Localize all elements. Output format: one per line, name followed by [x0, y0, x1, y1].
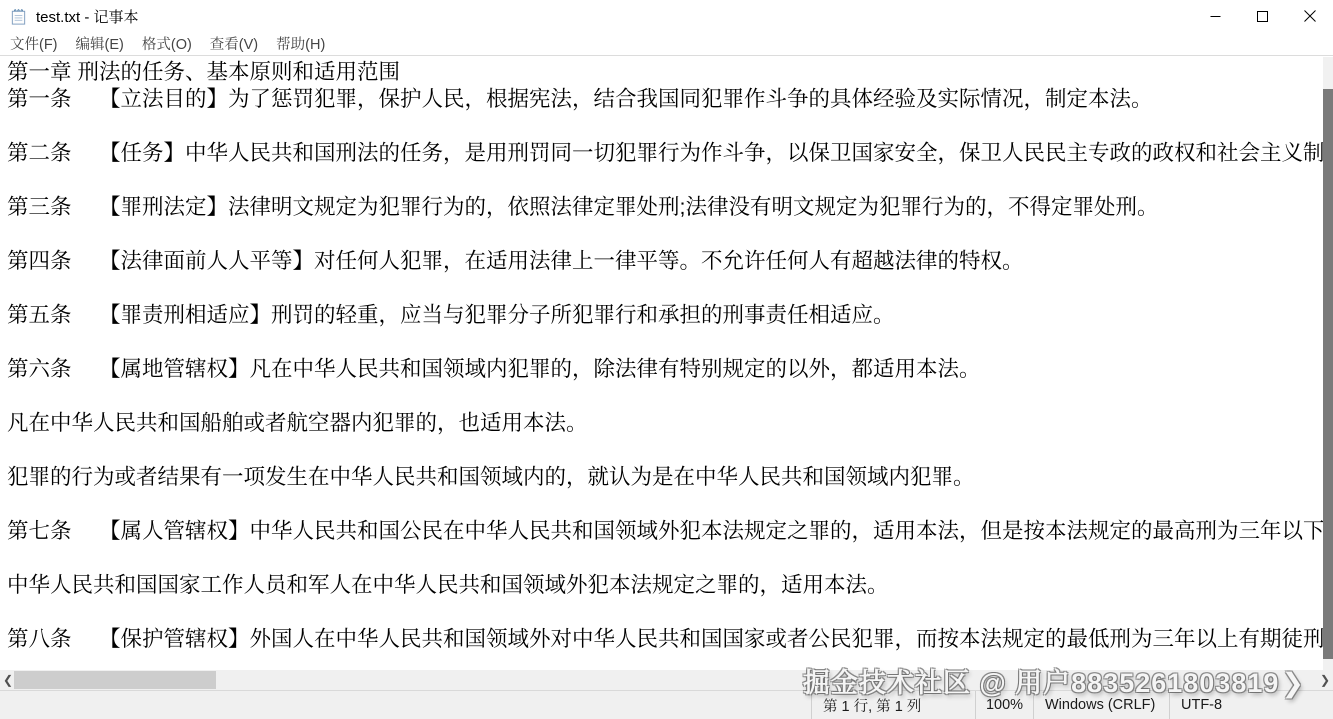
text-line: 第三条 【罪刑法定】法律明文规定为犯罪行为的，依照法律定罪处刑;法律没有明文规定… — [7, 194, 1333, 221]
maximize-icon — [1257, 11, 1268, 22]
text-line: 中华人民共和国国家工作人员和军人在中华人民共和国领域外犯本法规定之罪的，适用本法… — [7, 572, 1333, 599]
line-ending: Windows (CRLF) — [1033, 691, 1169, 719]
status-spacer — [0, 691, 811, 719]
horizontal-scrollbar[interactable]: ❮ ❯ — [0, 670, 1333, 690]
minimize-button[interactable] — [1192, 0, 1239, 32]
text-line: 第五条 【罪责刑相适应】刑罚的轻重，应当与犯罪分子所犯罪行和承担的刑事责任相适应… — [7, 302, 1333, 329]
status-bar: 第 1 行, 第 1 列 100% Windows (CRLF) UTF-8 — [0, 690, 1333, 719]
text-line — [7, 275, 1333, 302]
text-line: 第一章 刑法的任务、基本原则和适用范围 — [7, 59, 1333, 86]
text-line: 凡在中华人民共和国船舶或者航空器内犯罪的，也适用本法。 — [7, 410, 1333, 437]
text-line: 第一条 【立法目的】为了惩罚犯罪，保护人民，根据宪法，结合我国同犯罪作斗争的具体… — [7, 86, 1333, 113]
menu-file[interactable]: 文件(F) — [1, 32, 67, 55]
vertical-scrollbar[interactable] — [1323, 57, 1333, 670]
scroll-right-arrow-icon[interactable]: ❯ — [1317, 670, 1333, 690]
vertical-scrollbar-thumb[interactable] — [1323, 89, 1333, 659]
maximize-button[interactable] — [1239, 0, 1286, 32]
horizontal-scrollbar-thumb[interactable] — [14, 671, 216, 689]
text-line — [7, 221, 1333, 248]
encoding: UTF-8 — [1169, 691, 1333, 719]
window-controls — [1192, 0, 1333, 32]
menu-view[interactable]: 查看(V) — [201, 32, 267, 55]
window-title: test.txt - 记事本 — [36, 6, 139, 27]
menu-format[interactable]: 格式(O) — [133, 32, 201, 55]
text-content: 第一章 刑法的任务、基本原则和适用范围第一条 【立法目的】为了惩罚犯罪，保护人民… — [0, 57, 1333, 653]
text-line: 第六条 【属地管辖权】凡在中华人民共和国领域内犯罪的，除法律有特别规定的以外，都… — [7, 356, 1333, 383]
text-line — [7, 167, 1333, 194]
text-line — [7, 113, 1333, 140]
cursor-position: 第 1 行, 第 1 列 — [811, 691, 975, 719]
text-line — [7, 383, 1333, 410]
text-line — [7, 491, 1333, 518]
text-line: 犯罪的行为或者结果有一项发生在中华人民共和国领域内的，就认为是在中华人民共和国领… — [7, 464, 1333, 491]
text-line: 第七条 【属人管辖权】中华人民共和国公民在中华人民共和国领域外犯本法规定之罪的，… — [7, 518, 1333, 545]
text-line — [7, 545, 1333, 572]
minimize-icon — [1210, 11, 1221, 22]
text-line: 第四条 【法律面前人人平等】对任何人犯罪，在适用法律上一律平等。不允许任何人有超… — [7, 248, 1333, 275]
zoom-level: 100% — [975, 691, 1033, 719]
text-line — [7, 599, 1333, 626]
menu-bar: 文件(F) 编辑(E) 格式(O) 查看(V) 帮助(H) — [0, 32, 1333, 56]
menu-help[interactable]: 帮助(H) — [267, 32, 334, 55]
text-line — [7, 437, 1333, 464]
title-bar[interactable]: test.txt - 记事本 — [0, 0, 1333, 32]
close-icon — [1304, 10, 1316, 22]
text-line: 第二条 【任务】中华人民共和国刑法的任务，是用刑罚同一切犯罪行为作斗争，以保卫国… — [7, 140, 1333, 167]
close-button[interactable] — [1286, 0, 1333, 32]
text-line — [7, 329, 1333, 356]
notepad-icon — [9, 7, 28, 26]
text-editor[interactable]: 第一章 刑法的任务、基本原则和适用范围第一条 【立法目的】为了惩罚犯罪，保护人民… — [0, 57, 1333, 670]
text-line: 第八条 【保护管辖权】外国人在中华人民共和国领域外对中华人民共和国国家或者公民犯… — [7, 626, 1333, 653]
menu-edit[interactable]: 编辑(E) — [67, 32, 133, 55]
notepad-window: test.txt - 记事本 文件(F) 编辑(E) 格式(O) 查看(V) 帮… — [0, 0, 1333, 719]
